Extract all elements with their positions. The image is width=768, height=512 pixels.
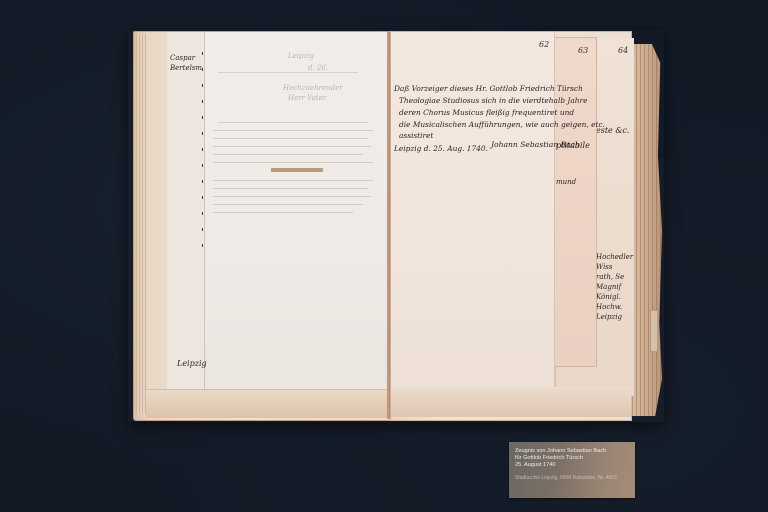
testimonial-line: die Musicalischen Aufführungen, wie auch…: [399, 120, 605, 129]
caption-title: Zeugnis von Johann Sebastian Bach: [515, 448, 629, 455]
faint-line: [218, 122, 368, 123]
exhibit-caption-label: Zeugnis von Johann Sebastian Bach für Go…: [509, 442, 635, 498]
faint-heading: Herr Vater: [288, 94, 326, 102]
faint-line: [213, 162, 373, 163]
faint-line: [213, 146, 371, 147]
testimonial-line: Theologiae Studiosus sich in die vierdte…: [399, 96, 587, 105]
faint-line: [213, 154, 363, 155]
faint-line: [213, 130, 373, 131]
faint-line: [213, 188, 368, 189]
testimonial-line: deren Chorus Musicus fleißig frequentire…: [399, 108, 574, 117]
underlying-line: rath, Se: [596, 273, 624, 281]
caption-date: 25. August 1740: [515, 462, 629, 469]
brown-stain: [271, 168, 323, 172]
underlying-line: Leipzig: [596, 313, 622, 321]
left-page-edge: [136, 34, 146, 414]
side-fragment: mund: [556, 178, 576, 186]
left-margin-strip: Caspar Bertelsm Leipzig: [167, 32, 205, 389]
faint-heading: Hochzuehrender: [283, 84, 343, 92]
caption-subtitle: für Gottlob Friedrich Türsch: [515, 455, 629, 462]
underlying-line: Hochw.: [596, 303, 622, 311]
page-number: 62: [539, 40, 549, 49]
page-62-testimonial: 62 Daß Vorzeiger dieses Hr. Gottlob Frie…: [391, 32, 555, 387]
faint-line: [213, 180, 373, 181]
faint-line: [213, 212, 353, 213]
underlying-line: Magnif: [596, 283, 621, 291]
underlying-line: Wiss: [596, 263, 613, 271]
margin-note: Bertelsm: [170, 64, 202, 72]
testimonial-line: Daß Vorzeiger dieses Hr. Gottlob Friedri…: [394, 84, 583, 93]
page-number: 64: [618, 46, 628, 55]
margin-note: Caspar: [170, 54, 195, 62]
caption-source: Stadtarchiv Leipzig, 0008 Ratsstube, Nr.…: [515, 475, 629, 482]
testimonial-line: assistiret: [399, 131, 433, 140]
page-number: 63: [578, 46, 588, 55]
margin-note: Leipzig: [177, 359, 207, 368]
faint-line: [213, 196, 371, 197]
underlying-line: Königl.: [596, 293, 621, 301]
underlying-line: Hochedler: [596, 253, 633, 261]
faint-line: [213, 138, 368, 139]
date-line: Leipzig d. 25. Aug. 1740.: [394, 144, 488, 153]
faint-heading: Leipzig: [288, 52, 314, 60]
left-page-bottom: [146, 389, 388, 418]
faint-line: [218, 72, 358, 73]
faint-line: [213, 204, 363, 205]
faint-heading: d. 26.: [308, 64, 328, 72]
right-page-bottom: [391, 387, 631, 417]
loose-paper-tab: [650, 310, 658, 352]
signature: Johann Sebastian Bach: [491, 140, 580, 149]
margin-marks: [202, 52, 203, 252]
